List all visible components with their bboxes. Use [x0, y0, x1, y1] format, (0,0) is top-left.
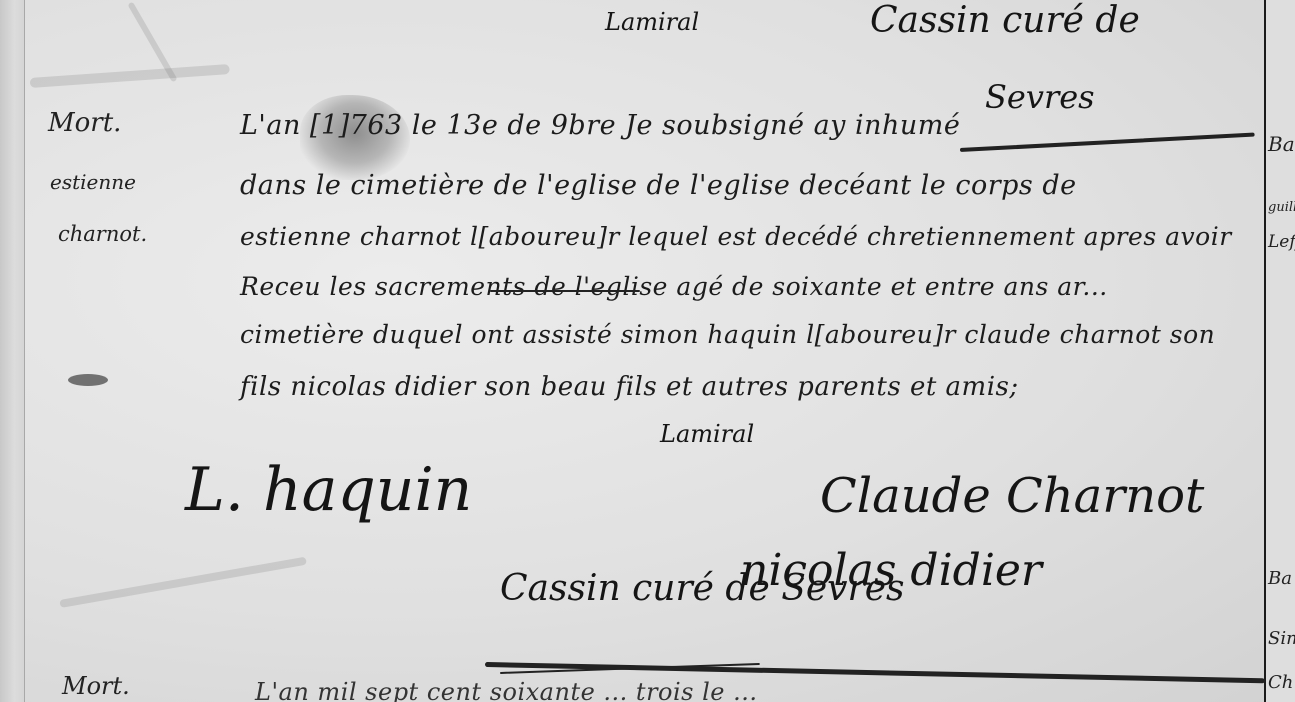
signature-sevres-top: Sevres	[985, 78, 1095, 116]
body-line-3: estienne charnot l[aboureu]r lequel est …	[240, 222, 1232, 251]
body-line-4: Receu les sacrements de l'eglise agé de …	[240, 272, 1108, 301]
body-line-2: dans le cimetière de l'eglise de l'eglis…	[240, 170, 1077, 201]
torn-left-edge	[0, 0, 25, 702]
right-fragment: guilla	[1268, 200, 1295, 215]
register-page: Lamiral Cassin curé de Sevres Mort. esti…	[0, 0, 1295, 702]
bleed-through-stroke	[59, 557, 307, 608]
body-line-6: fils nicolas didier son beau fils et aut…	[240, 372, 1019, 402]
right-fragment: Ba	[1268, 568, 1292, 589]
margin-rule-line	[1264, 0, 1266, 702]
margin-heading-mort: Mort.	[48, 108, 121, 138]
strike-through-stroke	[960, 133, 1255, 152]
strike-through-stroke	[490, 290, 640, 292]
signature-cassin-top: Cassin curé de	[870, 0, 1140, 41]
signature-haquin: L. haquin	[185, 455, 472, 525]
next-entry-margin-heading: Mort.	[62, 672, 130, 700]
margin-name-first: estienne	[50, 170, 136, 194]
signature-lamiral-top: Lamiral	[605, 8, 699, 36]
margin-name-last: charnot.	[58, 222, 147, 246]
body-line-5: cimetière duquel ont assisté simon haqui…	[240, 320, 1215, 349]
next-page-strip	[1266, 0, 1295, 702]
signature-claude-charnot: Claude Charnot	[820, 468, 1204, 524]
signature-nicolas-didier: nicolas didier	[740, 545, 1042, 596]
next-entry-first-line: L'an mil sept cent soixante ... trois le…	[255, 678, 758, 702]
ink-smudge	[68, 374, 108, 386]
body-line-1: L'an [1]763 le 13e de 9bre Je soubsigné …	[240, 110, 960, 141]
right-fragment: Sim	[1268, 628, 1295, 649]
bleed-through-stroke	[30, 64, 230, 88]
signature-lamiral: Lamiral	[660, 420, 754, 448]
right-fragment: Leffe	[1268, 232, 1295, 252]
right-fragment: Ch	[1268, 672, 1293, 693]
right-fragment: Bap	[1268, 132, 1295, 156]
